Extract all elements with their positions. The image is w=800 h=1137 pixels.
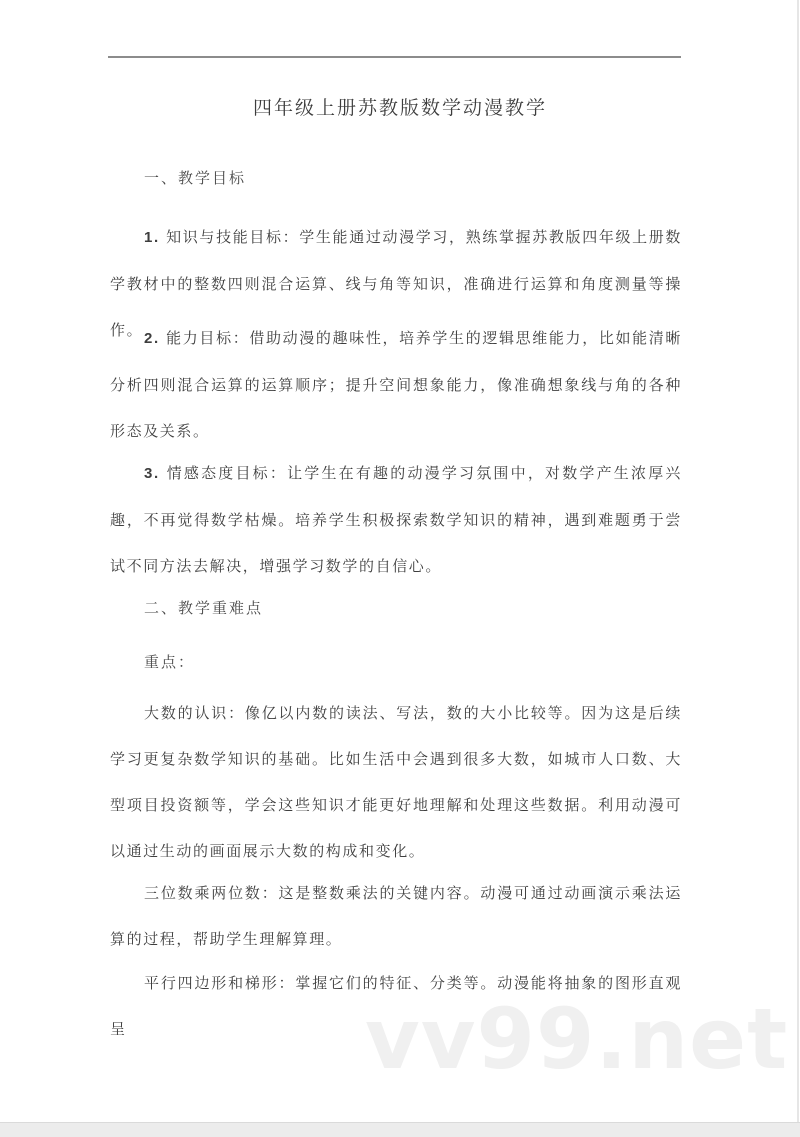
objective-item-3: 3. 情感态度目标：让学生在有趣的动漫学习氛围中，对数学产生浓厚兴趣，不再觉得数… [110,450,682,589]
section-heading-key-points: 二、教学重难点 [144,597,263,618]
subheading-focus: 重点： [144,651,195,672]
page-bottom-edge [0,1122,800,1137]
item-text: 能力目标：借助动漫的趣味性，培养学生的逻辑思维能力，比如能清晰分析四则混合运算的… [110,329,682,440]
item-number: 1. [144,229,160,246]
item-number: 3. [144,465,160,482]
key-point-paragraph-3: 平行四边形和梯形：掌握它们的特征、分类等。动漫能将抽象的图形直观呈 [110,960,682,1052]
item-text: 情感态度目标：让学生在有趣的动漫学习氛围中，对数学产生浓厚兴趣，不再觉得数学枯燥… [110,464,682,575]
objective-item-2: 2. 能力目标：借助动漫的趣味性，培养学生的逻辑思维能力，比如能清晰分析四则混合… [110,315,682,454]
header-rule [108,56,681,58]
section-heading-objectives: 一、教学目标 [144,167,246,188]
item-number: 2. [144,330,160,347]
key-point-paragraph-2: 三位数乘两位数：这是整数乘法的关键内容。动漫可通过动画演示乘法运算的过程，帮助学… [110,870,682,962]
document-page: 四年级上册苏教版数学动漫教学 一、教学目标 1. 知识与技能目标：学生能通过动漫… [0,0,799,1122]
key-point-paragraph-1: 大数的认识：像亿以内数的读法、写法，数的大小比较等。因为这是后续学习更复杂数学知… [110,690,682,874]
document-title: 四年级上册苏教版数学动漫教学 [0,93,800,120]
